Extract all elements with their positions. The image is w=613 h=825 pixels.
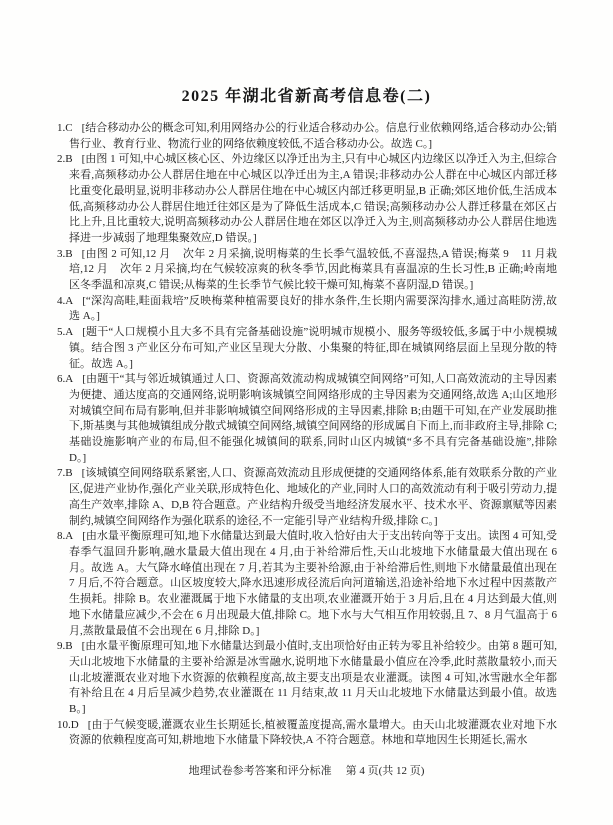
answer-item-7: 7.B[该城镇空间网络联系紧密,人口、资源高效流动且形成便捷的交通网络体系,能有… <box>57 466 557 529</box>
answer-number: 6.A <box>57 373 73 385</box>
answer-explanation: [题干“人口规模小且大多不具有完备基础设施”说明城市规模小、服务等级较低,多属于… <box>69 326 557 369</box>
answer-number: 8.A <box>57 530 73 542</box>
answer-explanation: [由水量平衡原理可知,地下水储量达到最大值时,收入恰好由大于支出转向等于支出。读… <box>69 530 560 636</box>
answer-item-3: 3.B[由图 2 可知,12 月 次年 2 月采摘,说明梅菜的生长季气温较低,不… <box>57 247 557 294</box>
answer-number: 10.D <box>57 719 79 731</box>
answer-item-10: 10.D[由于气候变暖,灌溉农业生长期延长,植被覆盖度提高,需水量增大。由天山北… <box>57 718 557 749</box>
answer-item-5: 5.A[题干“人口规模小且大多不具有完备基础设施”说明城市规模小、服务等级较低,… <box>57 325 557 372</box>
answer-explanation: [由图 2 可知,12 月 次年 2 月采摘,说明梅菜的生长季气温较低,不喜湿热… <box>69 248 557 291</box>
answer-explanation: [该城镇空间网络联系紧密,人口、资源高效流动且形成便捷的交通网络体系,能有效联系… <box>69 467 557 526</box>
answer-item-1: 1.C[结合移动办公的概念可知,利用网络办公的行业适合移动办公。信息行业依赖网络… <box>57 121 557 152</box>
answer-explanation: [由图 1 可知,中心城区核心区、外边缘区以净迁出为主,只有中心城区内边缘区以净… <box>69 153 557 244</box>
answer-number: 3.B <box>57 248 73 260</box>
answer-number: 1.C <box>57 122 73 134</box>
answer-number: 5.A <box>57 326 73 338</box>
answer-item-2: 2.B[由图 1 可知,中心城区核心区、外边缘区以净迁出为主,只有中心城区内边缘… <box>57 152 557 246</box>
page-title: 2025 年湖北省新高考信息卷(二) <box>0 83 613 106</box>
footer-page-number: 第 4 页(共 12 页) <box>346 765 425 777</box>
answer-number: 2.B <box>57 153 73 165</box>
answer-item-6: 6.A[由题干“其与邻近城镇通过人口、资源高效流动构成城镇空间网络”可知,人口高… <box>57 372 557 466</box>
answer-explanation: [由于气候变暖,灌溉农业生长期延长,植被覆盖度提高,需水量增大。由天山北坡灌溉农… <box>69 719 557 747</box>
answer-item-8: 8.A[由水量平衡原理可知,地下水储量达到最大值时,收入恰好由大于支出转向等于支… <box>57 529 557 639</box>
answer-explanation: [“深沟高畦,畦面栽培”反映梅菜种植需要良好的排水条件,生长期内需要深沟排水,通… <box>69 295 557 323</box>
answer-item-9: 9.B[由水量平衡原理可知,地下水储量达到最小值时,支出项恰好由正转为零且补给较… <box>57 639 557 718</box>
page-footer: 地理试卷参考答案和评分标准第 4 页(共 12 页) <box>0 762 613 778</box>
answer-number: 7.B <box>57 467 73 479</box>
answer-number: 9.B <box>57 640 73 652</box>
footer-document-name: 地理试卷参考答案和评分标准 <box>189 765 332 777</box>
answer-explanation: [由题干“其与邻近城镇通过人口、资源高效流动构成城镇空间网络”可知,人口高效流动… <box>69 373 560 464</box>
answer-list: 1.C[结合移动办公的概念可知,利用网络办公的行业适合移动办公。信息行业依赖网络… <box>57 121 557 749</box>
answer-item-4: 4.A[“深沟高畦,畦面栽培”反映梅菜种植需要良好的排水条件,生长期内需要深沟排… <box>57 294 557 325</box>
answer-explanation: [由水量平衡原理可知,地下水储量达到最小值时,支出项恰好由正转为零且补给较少。由… <box>69 640 560 715</box>
document-page: 2025 年湖北省新高考信息卷(二) 1.C[结合移动办公的概念可知,利用网络办… <box>0 0 613 825</box>
answer-explanation: [结合移动办公的概念可知,利用网络办公的行业适合移动办公。信息行业依赖网络,适合… <box>69 122 557 150</box>
answer-number: 4.A <box>57 295 73 307</box>
